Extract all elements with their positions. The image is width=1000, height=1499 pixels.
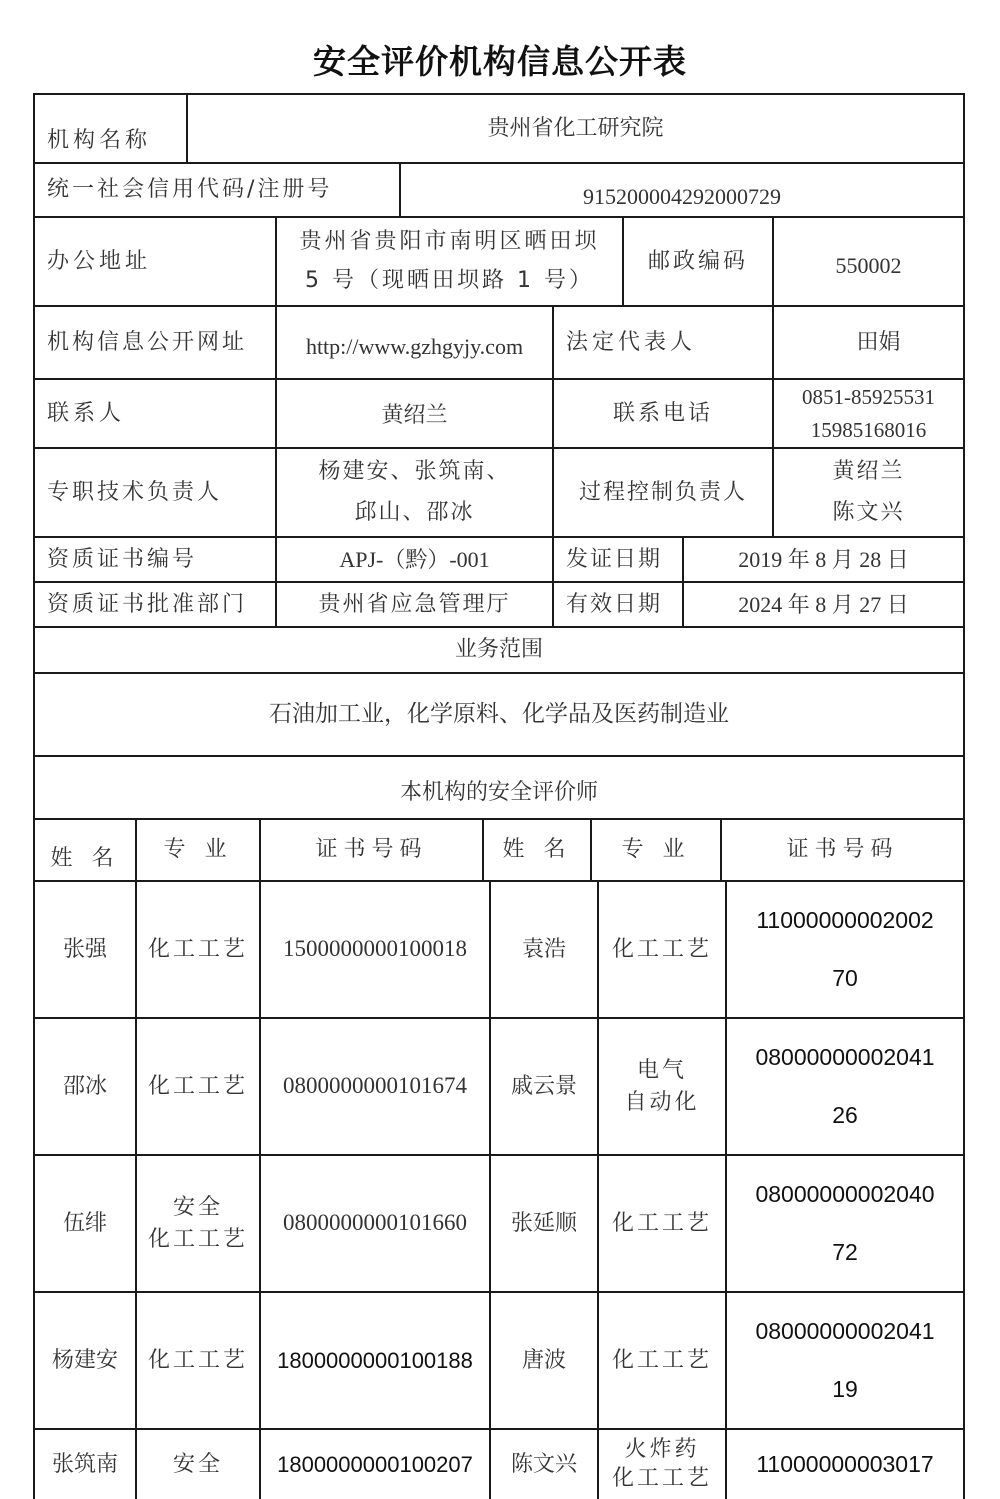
tech-lead-line-2: 邱山、邵冰	[354, 493, 474, 534]
address-line-2: 5 号（现晒田坝路 1 号）	[305, 262, 594, 301]
col-header-major-1: 专 业	[135, 818, 261, 882]
major-line: 化工工艺	[148, 934, 248, 966]
credit-code-label: 统一社会信用代码/注册号	[33, 162, 401, 218]
credit-code-value: 915200004292000729	[399, 162, 965, 218]
major-line: 化工工艺	[148, 1345, 248, 1377]
assessor-major: 化工工艺	[597, 1154, 727, 1293]
phone-line-2: 15985168016	[811, 414, 927, 447]
assessor-cert: 08000000002041 26	[725, 1017, 965, 1156]
postcode-label: 邮政编码	[622, 216, 774, 307]
assessor-major: 电气 自动化	[597, 1017, 727, 1156]
cert-line: 08000000002040	[755, 1176, 934, 1213]
scope-header: 业务范围	[33, 626, 965, 674]
assessor-major: 化工工艺	[135, 1017, 261, 1156]
address-value: 贵州省贵阳市南明区晒田坝 5 号（现晒田坝路 1 号）	[275, 216, 624, 307]
approver-label: 资质证书批准部门	[33, 581, 277, 628]
cert-line: 11000000003017	[756, 1446, 933, 1483]
website-label: 机构信息公开网址	[33, 305, 277, 380]
website-link[interactable]: http://www.gzhgyjy.com	[275, 305, 554, 380]
major-line: 化工工艺	[612, 1208, 712, 1240]
cert-line: 26	[832, 1097, 858, 1134]
process-lead-label: 过程控制负责人	[552, 447, 774, 538]
issue-date-label: 发证日期	[552, 536, 684, 583]
major-line: 电气	[637, 1055, 687, 1087]
assessor-cert: 1800000000100207	[259, 1428, 491, 1499]
org-name-label: 机构名称	[33, 93, 188, 164]
legal-rep-value: 田娟	[772, 305, 965, 380]
major-line: 安全	[173, 1192, 223, 1224]
col-header-name-2: 姓 名	[482, 818, 592, 882]
assessor-cert: 0800000000101674	[259, 1017, 491, 1156]
assessor-major: 火炸药 化工工艺	[597, 1428, 727, 1499]
process-lead-line-1: 黄绍兰	[832, 452, 904, 493]
assessor-major: 化工工艺	[135, 1291, 261, 1430]
assessor-name: 张强	[33, 880, 137, 1019]
approver-value: 贵州省应急管理厅	[275, 581, 554, 628]
legal-rep-label: 法定代表人	[552, 305, 774, 380]
assessor-name: 张延顺	[489, 1154, 599, 1293]
cert-line: 70	[832, 960, 858, 997]
assessor-name: 张筑南	[33, 1428, 137, 1499]
cert-no-label: 资质证书编号	[33, 536, 277, 583]
page-title: 安全评价机构信息公开表	[0, 36, 1000, 83]
tech-lead-line-1: 杨建安、张筑南、	[318, 452, 510, 493]
tech-lead-value: 杨建安、张筑南、 邱山、邵冰	[275, 447, 554, 538]
address-label: 办公地址	[33, 216, 277, 307]
major-line: 化工工艺	[612, 1465, 712, 1494]
major-line: 化工工艺	[148, 1071, 248, 1103]
contact-value: 黄绍兰	[275, 378, 554, 449]
scope-value: 石油加工业，化学原料、化学品及医药制造业	[33, 672, 965, 757]
assessor-cert: 1800000000100188	[259, 1291, 491, 1430]
col-header-cert-1: 证书号码	[259, 818, 484, 882]
contact-label: 联系人	[33, 378, 277, 449]
cert-line: 08000000002041	[755, 1039, 934, 1076]
assessor-major: 化工工艺	[135, 880, 261, 1019]
process-lead-line-2: 陈文兴	[832, 493, 904, 534]
phone-value: 0851-85925531 15985168016	[772, 378, 965, 449]
process-lead-value: 黄绍兰 陈文兴	[772, 447, 965, 538]
assessor-cert: 11000000003017	[725, 1428, 965, 1499]
tech-lead-label: 专职技术负责人	[33, 447, 277, 538]
valid-date-label: 有效日期	[552, 581, 684, 628]
major-line: 化工工艺	[148, 1224, 248, 1256]
assessor-major: 化工工艺	[597, 880, 727, 1019]
assessor-name: 杨建安	[33, 1291, 137, 1430]
issue-date-value: 2019 年 8 月 28 日	[682, 536, 965, 583]
major-line: 化工工艺	[612, 1345, 712, 1377]
assessor-cert: 1500000000100018	[259, 880, 491, 1019]
assessor-name: 袁浩	[489, 880, 599, 1019]
valid-date-value: 2024 年 8 月 27 日	[682, 581, 965, 628]
cert-no-value: APJ-（黔）-001	[275, 536, 554, 583]
col-header-cert-2: 证书号码	[720, 818, 965, 882]
cert-line: 19	[832, 1371, 858, 1408]
assessor-name: 伍绯	[33, 1154, 137, 1293]
org-name-value: 贵州省化工研究院	[186, 93, 965, 164]
cert-line: 11000000002002	[756, 902, 933, 939]
assessor-major: 安全	[135, 1428, 261, 1499]
phone-label: 联系电话	[552, 378, 774, 449]
address-line-1: 贵州省贵阳市南明区晒田坝	[299, 223, 599, 262]
col-header-major-2: 专 业	[590, 818, 722, 882]
cert-line: 08000000002041	[755, 1313, 934, 1350]
cert-line: 72	[832, 1234, 858, 1271]
phone-line-1: 0851-85925531	[802, 381, 935, 414]
assessor-name: 邵冰	[33, 1017, 137, 1156]
col-header-name-1: 姓 名	[33, 818, 137, 882]
assessor-cert: 08000000002040 72	[725, 1154, 965, 1293]
major-line: 安全	[173, 1449, 223, 1481]
assessor-name: 戚云景	[489, 1017, 599, 1156]
assessor-name: 陈文兴	[489, 1428, 599, 1499]
assessor-cert: 08000000002041 19	[725, 1291, 965, 1430]
assessor-cert: 11000000002002 70	[725, 880, 965, 1019]
assessor-major: 化工工艺	[597, 1291, 727, 1430]
assessors-header: 本机构的安全评价师	[33, 755, 965, 820]
assessor-major: 安全 化工工艺	[135, 1154, 261, 1293]
major-line: 化工工艺	[612, 934, 712, 966]
major-line: 自动化	[624, 1087, 699, 1119]
postcode-value: 550002	[772, 216, 965, 307]
assessor-name: 唐波	[489, 1291, 599, 1430]
assessor-cert: 0800000000101660	[259, 1154, 491, 1293]
major-line: 火炸药	[624, 1436, 699, 1465]
